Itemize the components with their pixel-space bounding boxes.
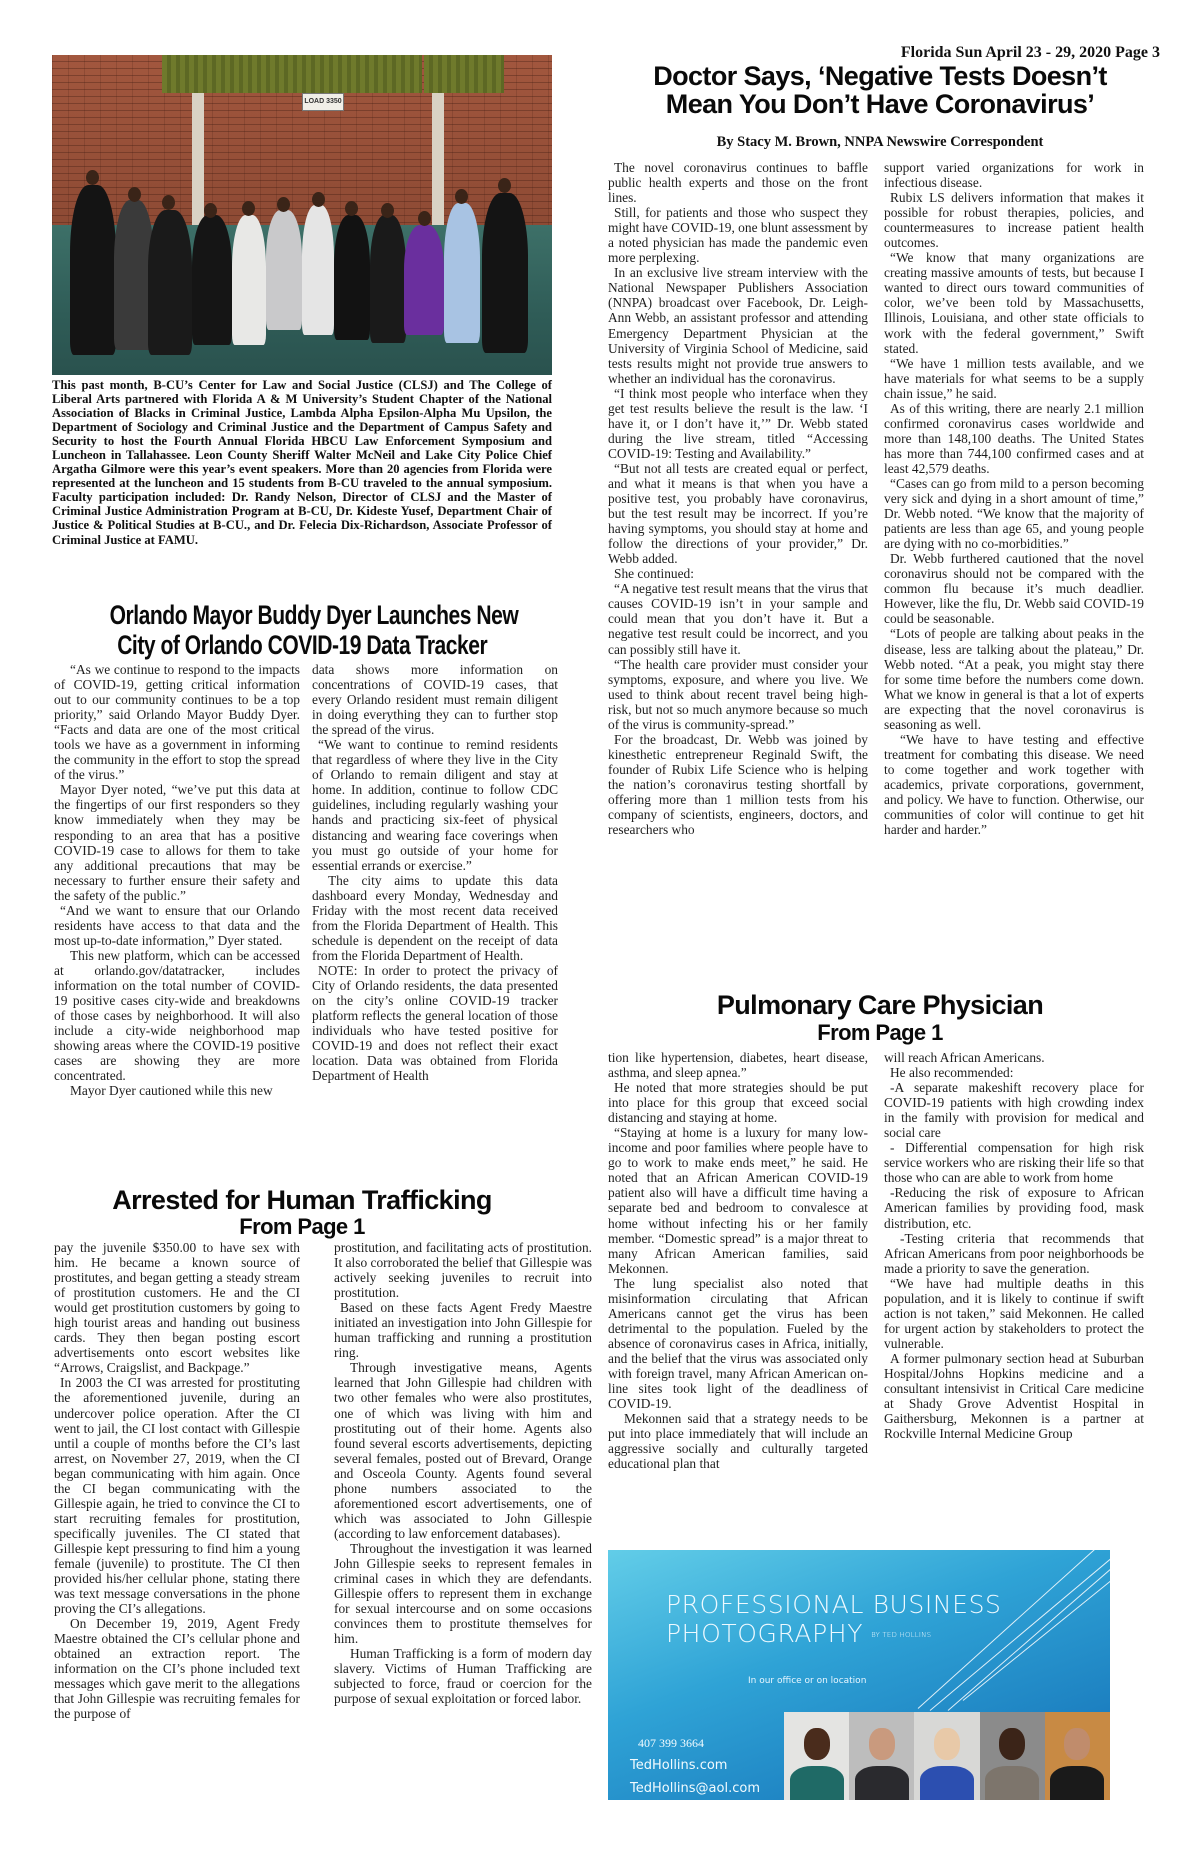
photo-caption: This past month, B-CU’s Center for Law a… <box>52 378 552 547</box>
paragraph: A former pulmonary section head at Subur… <box>884 1351 1144 1441</box>
headline-line: Pulmonary Care Physician <box>600 990 1160 1020</box>
ad-title: PROFESSIONAL BUSINESS PHOTOGRAPHYBY TED … <box>666 1590 1002 1650</box>
pillar <box>432 93 444 233</box>
headline-line: From Page 1 <box>52 1215 552 1239</box>
paragraph: Mekonnen said that a strategy needs to b… <box>608 1411 868 1471</box>
stage-curtain <box>162 55 422 93</box>
paragraph: support varied organizations for work in… <box>884 160 1144 190</box>
headshot <box>980 1712 1045 1800</box>
paragraph: He also recommended: <box>884 1065 1144 1080</box>
paragraph: “Staying at home is a luxury for many lo… <box>608 1125 868 1275</box>
paragraph: Through investigative means, Agents lear… <box>334 1360 592 1541</box>
paragraph: “Cases can go from mild to a person beco… <box>884 476 1144 551</box>
paragraph: As of this writing, there are nearly 2.1… <box>884 401 1144 476</box>
headshot <box>914 1712 979 1800</box>
group-photo: LOAD 3350 <box>52 55 552 375</box>
headline-line: From Page 1 <box>600 1020 1160 1046</box>
paragraph: prostitution, and facilitating acts of p… <box>334 1240 592 1300</box>
headline-line: City of Orlando COVID-19 Data Tracker <box>117 630 487 660</box>
paragraph: On December 19, 2019, Agent Fredy Maestr… <box>54 1616 300 1721</box>
doctor-headline: Doctor Says, ‘Negative Tests Doesn’t Mea… <box>600 62 1160 118</box>
paragraph: “We want to continue to remind residents… <box>312 737 558 872</box>
paragraph: NOTE: In order to protect the privacy of… <box>312 963 558 1083</box>
ad-email: TedHollins@aol.com <box>630 1781 760 1796</box>
trafficking-article-col2: prostitution, and facilitating acts of p… <box>334 1240 592 1706</box>
paragraph: “I think most people who interface when … <box>608 386 868 461</box>
headshot <box>849 1712 914 1800</box>
headshot <box>1045 1712 1110 1800</box>
paragraph: Throughout the investigation it was lear… <box>334 1541 592 1646</box>
paragraph: The novel coronavirus continues to baffl… <box>608 160 868 205</box>
paragraph: “The health care provider must consider … <box>608 657 868 732</box>
headshot <box>784 1712 849 1800</box>
paragraph: Human Trafficking is a form of modern da… <box>334 1646 592 1706</box>
paragraph: tion like hypertension, diabetes, heart … <box>608 1050 868 1080</box>
paragraph: Based on these facts Agent Fredy Maestre… <box>334 1300 592 1360</box>
paragraph: will reach African Americans. <box>884 1050 1144 1065</box>
paragraph: “Lots of people are talking about peaks … <box>884 626 1144 731</box>
paragraph: Mayor Dyer noted, “we’ve put this data a… <box>54 782 300 902</box>
pulmonary-article-col1: tion like hypertension, diabetes, heart … <box>608 1050 868 1471</box>
paragraph: “We know that many organizations are cre… <box>884 250 1144 355</box>
paragraph: pay the juvenile $350.00 to have sex wit… <box>54 1240 300 1375</box>
photography-ad: PROFESSIONAL BUSINESS PHOTOGRAPHYBY TED … <box>608 1550 1110 1800</box>
pillar <box>192 93 204 233</box>
paragraph: Mayor Dyer cautioned while this new <box>54 1083 300 1098</box>
orlando-headline: Orlando Mayor Buddy Dyer Launches New Ci… <box>52 600 552 660</box>
orlando-article-col1: “As we continue to respond to the impact… <box>54 662 300 1098</box>
paragraph: In an exclusive live stream interview wi… <box>608 265 868 385</box>
pulmonary-headline: Pulmonary Care Physician From Page 1 <box>600 990 1160 1046</box>
headline-line: Mean You Don’t Have Coronavirus’ <box>600 90 1160 118</box>
pulmonary-article-col2: will reach African Americans. He also re… <box>884 1050 1144 1441</box>
ad-title-line: PROFESSIONAL BUSINESS <box>666 1590 1002 1619</box>
paragraph: The lung specialist also noted that misi… <box>608 1276 868 1411</box>
paragraph: In 2003 the CI was arrested for prostitu… <box>54 1375 300 1616</box>
headline-line: Doctor Says, ‘Negative Tests Doesn’t <box>600 62 1160 90</box>
page-header: Florida Sun April 23 - 29, 2020 Page 3 <box>600 44 1160 62</box>
paragraph: “We have had multiple deaths in this pop… <box>884 1276 1144 1351</box>
paragraph: He noted that more strategies should be … <box>608 1080 868 1125</box>
paragraph: data shows more information on concentra… <box>312 662 558 737</box>
ad-byline: BY TED HOLLINS <box>871 1631 931 1639</box>
paragraph: Still, for patients and those who suspec… <box>608 205 868 265</box>
ad-title-line: PHOTOGRAPHY <box>666 1619 863 1648</box>
paragraph: She continued: <box>608 566 868 581</box>
paragraph: “We have 1 million tests available, and … <box>884 356 1144 401</box>
byline: By Stacy M. Brown, NNPA Newswire Corresp… <box>600 134 1160 151</box>
ad-headshots <box>784 1712 1110 1800</box>
paragraph: For the broadcast, Dr. Webb was joined b… <box>608 732 868 837</box>
headline-line: Orlando Mayor Buddy Dyer Launches New <box>110 600 519 630</box>
trafficking-article-col1: pay the juvenile $350.00 to have sex wit… <box>54 1240 300 1722</box>
doctor-article-col1: The novel coronavirus continues to baffl… <box>608 160 868 837</box>
orlando-article-col2: data shows more information on concentra… <box>312 662 558 1083</box>
ad-website: TedHollins.com <box>630 1758 727 1773</box>
list-item: - Differential compensation for high ris… <box>884 1140 1144 1185</box>
paragraph: “But not all tests are created equal or … <box>608 461 868 566</box>
paragraph: The city aims to update this data dashbo… <box>312 873 558 963</box>
ad-subtitle: In our office or on location <box>748 1676 866 1686</box>
stage-curtain <box>424 55 504 93</box>
paragraph: This new platform, which can be accessed… <box>54 948 300 1083</box>
paragraph: “And we want to ensure that our Orlando … <box>54 903 300 948</box>
headline-line: Arrested for Human Trafficking <box>52 1185 552 1215</box>
paragraph: “A negative test result means that the v… <box>608 581 868 656</box>
paragraph: Rubix LS delivers information that makes… <box>884 190 1144 250</box>
paragraph: Dr. Webb furthered cautioned that the no… <box>884 551 1144 626</box>
load-sign: LOAD 3350 <box>302 93 344 111</box>
paragraph: “We have to have testing and effective t… <box>884 732 1144 837</box>
ad-phone: 407 399 3664 <box>638 1736 704 1751</box>
list-item: -Reducing the risk of exposure to Africa… <box>884 1185 1144 1230</box>
trafficking-headline: Arrested for Human Trafficking From Page… <box>52 1185 552 1239</box>
paragraph: “As we continue to respond to the impact… <box>54 662 300 782</box>
doctor-article-col2: support varied organizations for work in… <box>884 160 1144 837</box>
list-item: -Testing criteria that recommends that A… <box>884 1231 1144 1276</box>
list-item: -A separate makeshift recovery place for… <box>884 1080 1144 1140</box>
